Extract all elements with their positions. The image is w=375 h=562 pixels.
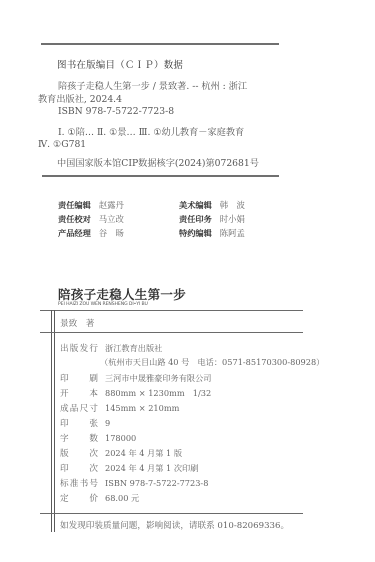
cip-bottom-rule: [42, 175, 279, 177]
book-title: 陪孩子走稳人生第一步: [58, 285, 186, 303]
staff-credit: 责任编辑 赵露丹: [58, 199, 124, 211]
info-row-isbn: 标准书号ISBN 978-7-5722-7723-8: [60, 477, 208, 489]
info-row-price: 定价68.00 元: [60, 492, 139, 504]
cip-isbn: ISBN 978-7-5722-7723-8: [58, 105, 174, 118]
info-row-sheets: 印张9: [60, 417, 110, 429]
book-title-pinyin: PEI HAIZI ZOU WEN RENSHENG DI•YI BU: [58, 302, 148, 307]
info-row-printer: 印刷三河市中晟雅豪印务有限公司: [60, 372, 211, 384]
publisher-address: （杭州市天目山路 40 号 电话：0571-85170300-80928）: [100, 357, 324, 368]
cip-record-number: 中国国家版本馆CIP数据核字(2024)第072681号: [57, 157, 259, 170]
author-rule: [40, 332, 303, 333]
quality-notice: 如发现印装质量问题，影响阅读，请联系 010-82069336。: [60, 519, 289, 531]
title-rule: [40, 310, 303, 311]
info-row-size: 成品尺寸145mm × 210mm: [60, 402, 179, 414]
publisher-row: 出版发行浙江教育出版社: [60, 342, 162, 354]
cip-heading: 图书在版编目（ＣＩＰ）数据: [57, 57, 183, 71]
staff-credit: 美术编辑 韩 波: [179, 199, 245, 211]
staff-credit: 特约编辑 陈阿孟: [179, 227, 245, 239]
info-row-printing: 印次2024 年 4 月第 1 次印刷: [60, 462, 198, 474]
double-bar-left: [51, 310, 52, 532]
author-line: 景致 著: [60, 317, 94, 329]
cip-top-rule: [41, 43, 279, 45]
info-row-format: 开本880mm × 1230mm 1/32: [60, 387, 211, 399]
info-row-wordcount: 字数178000: [60, 432, 136, 444]
cip-classification-2: Ⅳ. ①G781: [38, 138, 86, 151]
staff-credit: 责任印务 时小娟: [179, 213, 245, 225]
staff-credit: 产品经理 谷 旸: [58, 227, 124, 239]
double-bar-right: [54, 310, 55, 532]
info-row-edition: 版次2024 年 4 月第 1 版: [60, 447, 182, 459]
staff-credit: 责任校对 马立改: [58, 213, 124, 225]
cip-line-1: 陪孩子走稳人生第一步 / 景致著. -- 杭州 : 浙江: [58, 80, 247, 93]
notice-rule: [40, 513, 303, 514]
